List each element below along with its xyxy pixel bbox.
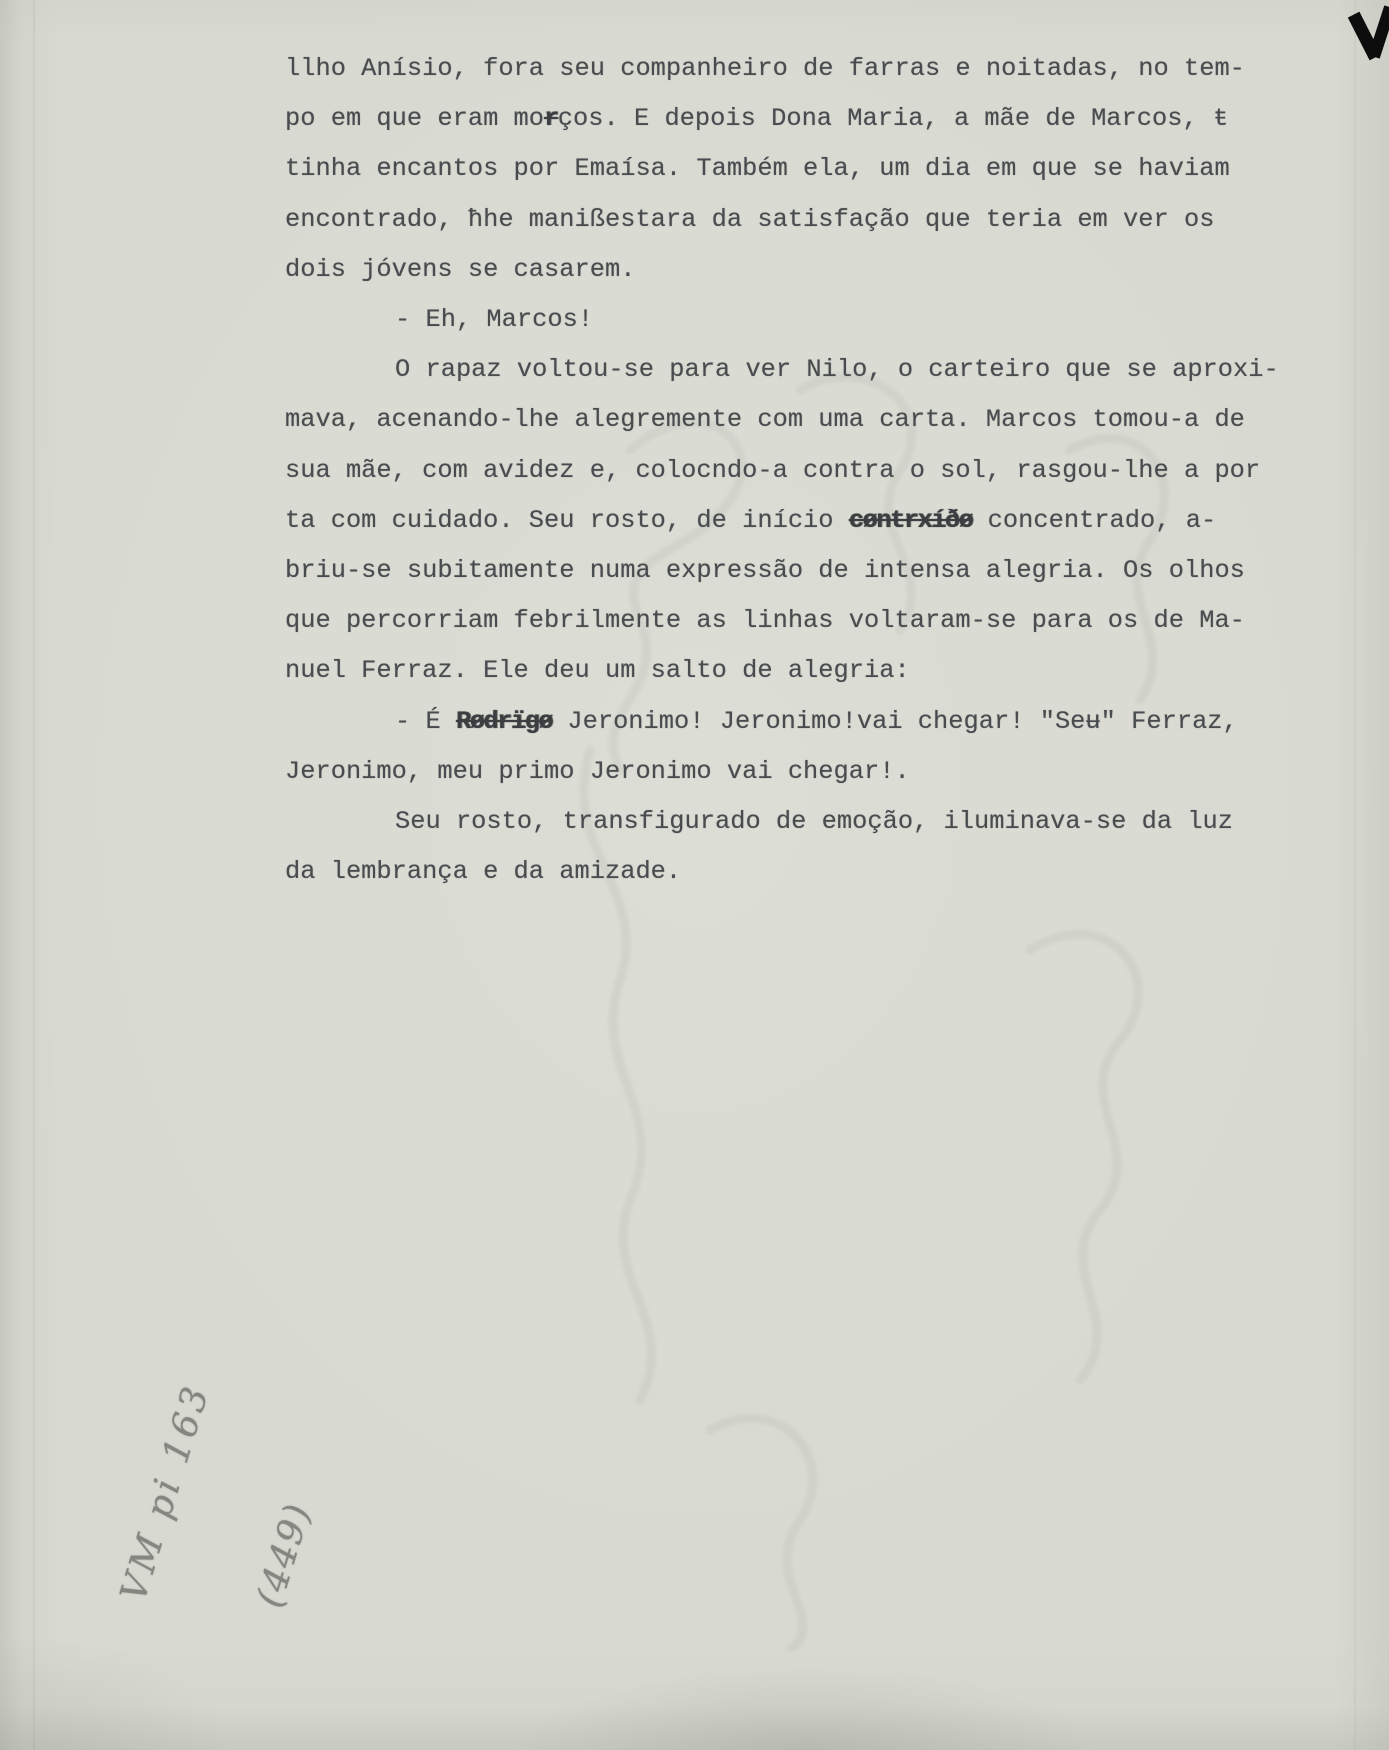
typed-text: llho Anísio, fora seu companheiro de far…	[285, 44, 1325, 897]
corner-v-mark	[1352, 2, 1389, 62]
typed-line: - É Rødrïgø Jeronimo! Jeronimo!vai chega…	[285, 697, 1325, 747]
typed-line: da lembrança e da amizade.	[285, 847, 1325, 897]
typed-line: mava, acenando-lhe alegremente com uma c…	[285, 395, 1325, 445]
typed-segment: concentrado, a-	[972, 506, 1216, 535]
typed-segment: ços. E depois Dona Maria, a mãe de Marco…	[558, 104, 1228, 133]
typed-line: ta com cuidado. Seu rosto, de início cøn…	[285, 496, 1325, 546]
typed-segment: briu-se subitamente numa expressão de in…	[285, 556, 1245, 585]
typed-segment: mava, acenando-lhe alegremente com uma c…	[285, 405, 1245, 434]
typed-segment: llho Anísio, fora seu companheiro de far…	[285, 54, 1245, 83]
typed-line: que percorriam febrilmente as linhas vol…	[285, 596, 1325, 646]
annotation-number: (449)	[238, 1417, 346, 1645]
corner-mark-stroke	[1368, 5, 1389, 58]
typed-segment: Jeronimo! Jeronimo!vai chegar! "Seʉ" Fer…	[552, 707, 1238, 736]
typed-segment: dois jóvens se casarem.	[285, 255, 635, 284]
typed-segment: que percorriam febrilmente as linhas vol…	[285, 606, 1245, 635]
typed-line: Jeronimo, meu primo Jeronimo vai chegar!…	[285, 747, 1325, 797]
typed-segment: po em que eram mo	[285, 104, 544, 133]
typed-segment: - Eh, Marcos!	[395, 305, 593, 334]
overstruck-word: cøntrxíðø	[849, 506, 973, 535]
typed-segment: O rapaz voltou-se para ver Nilo, o carte…	[395, 355, 1279, 384]
typed-segment: ta com cuidado. Seu rosto, de início	[285, 506, 849, 535]
typed-line: tinha encantos por Emaísa. Também ela, u…	[285, 144, 1325, 194]
paper-seam	[1354, 0, 1356, 1750]
typed-line: po em que eram morços. E depois Dona Mar…	[285, 94, 1325, 144]
typed-segment: da lembrança e da amizade.	[285, 857, 681, 886]
typed-line: encontrado, ħhe manißestara da satisfaçã…	[285, 195, 1325, 245]
typed-line: llho Anísio, fora seu companheiro de far…	[285, 44, 1325, 94]
overstruck-word: r	[544, 104, 558, 133]
typed-line: - Eh, Marcos!	[285, 295, 1325, 345]
typed-segment: tinha encantos por Emaísa. Também ela, u…	[285, 154, 1230, 183]
typed-segment: Jeronimo, meu primo Jeronimo vai chegar!…	[285, 757, 910, 786]
typed-line: sua mãe, com avidez e, colocndo-a contra…	[285, 446, 1325, 496]
typed-segment: - É	[395, 707, 456, 736]
typed-segment: sua mãe, com avidez e, colocndo-a contra…	[285, 456, 1260, 485]
scanned-document-page: llho Anísio, fora seu companheiro de far…	[0, 0, 1389, 1750]
typed-segment: encontrado, ħhe manißestara da satisfaçã…	[285, 205, 1214, 234]
paper-seam	[33, 0, 35, 1750]
typed-line: briu-se subitamente numa expressão de in…	[285, 546, 1325, 596]
typed-line: nuel Ferraz. Ele deu um salto de alegria…	[285, 646, 1325, 696]
annotation-code: VM pi 163	[112, 1379, 220, 1607]
typed-segment: nuel Ferraz. Ele deu um salto de alegria…	[285, 656, 910, 685]
pencil-annotation: VM pi 163 (449)	[28, 1353, 430, 1671]
typed-segment: Seu rosto, transfigurado de emoção, ilum…	[395, 807, 1233, 836]
typed-line: dois jóvens se casarem.	[285, 245, 1325, 295]
typed-line: O rapaz voltou-se para ver Nilo, o carte…	[285, 345, 1325, 395]
typed-line: Seu rosto, transfigurado de emoção, ilum…	[285, 797, 1325, 847]
overstruck-word: Rødrïgø	[456, 707, 552, 736]
